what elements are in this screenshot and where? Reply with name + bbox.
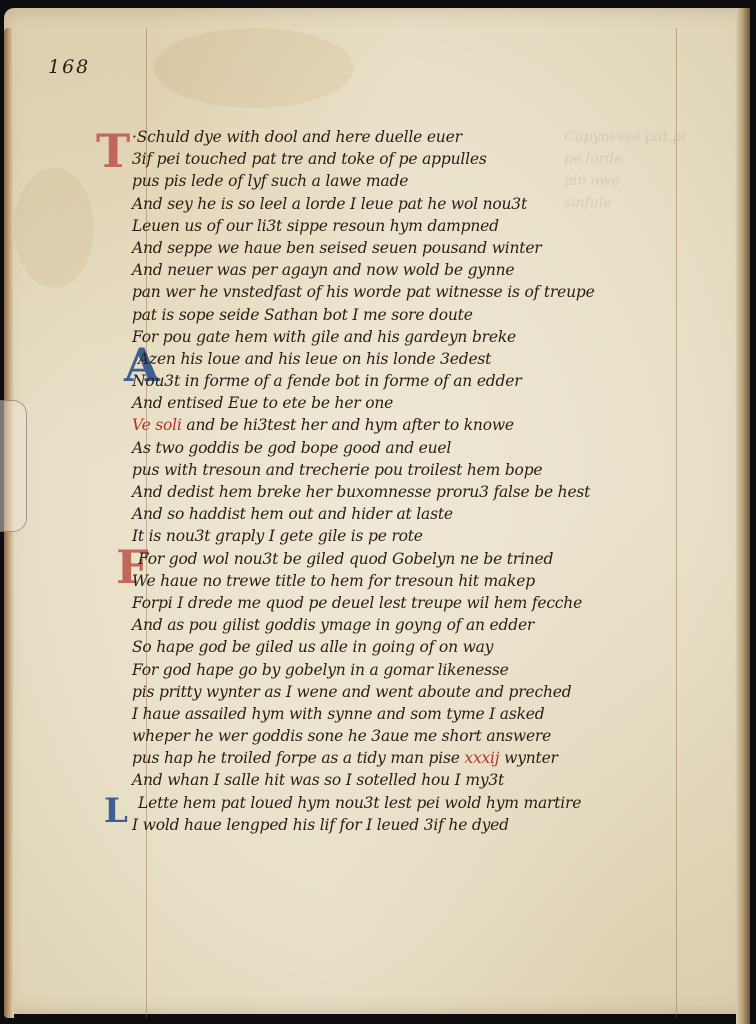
rubric-numeral: xxxij <box>464 749 499 767</box>
verse-line: Nou3t in forme of a fende bot in forme o… <box>132 370 722 392</box>
binding-clip <box>0 400 27 532</box>
verse-line: We haue no trewe title to hem for tresou… <box>132 570 722 592</box>
verse-line: pus pis lede of lyf such a lawe made <box>132 170 722 192</box>
verse-line: I wold haue lengped his lif for I leued … <box>132 814 722 836</box>
folio-number: 168 <box>48 56 90 78</box>
water-stain <box>14 168 94 288</box>
verse-line: Ve soli and be hi3test her and hym after… <box>132 414 722 436</box>
page-edge-right <box>736 8 750 1024</box>
verse-line: And entised Eue to ete be her one <box>132 392 722 414</box>
rubric-text: Ve soli <box>132 416 182 434</box>
verse-line: And seppe we haue ben seised seuen pousa… <box>132 237 722 259</box>
verse-line: As two goddis be god bope good and euel <box>132 437 722 459</box>
verse-line: And so haddist hem out and hider at last… <box>132 503 722 525</box>
verse-line: For god wol nou3t be giled quod Gobelyn … <box>132 548 722 570</box>
manuscript-leaf: Cupynesse pat pipe lordepin owesinfule 1… <box>4 8 750 1014</box>
verse-line: And whan I salle hit was so I sotelled h… <box>132 769 722 791</box>
verse-line: And neuer was per agayn and now wold be … <box>132 259 722 281</box>
verse-line: pat is sope seide Sathan bot I me sore d… <box>132 304 722 326</box>
decorated-initial-red: T <box>96 128 130 174</box>
verse-line: pus with tresoun and trecherie pou troil… <box>132 459 722 481</box>
verse-line: pan wer he vnstedfast of his worde pat w… <box>132 281 722 303</box>
verse-line: pis pritty wynter as I wene and went abo… <box>132 681 722 703</box>
verse-line: ·Schuld dye with dool and here duelle eu… <box>132 126 722 148</box>
verse-line: 3if pei touched pat tre and toke of pe a… <box>132 148 722 170</box>
verse-line: pus hap he troiled forpe as a tidy man p… <box>132 747 722 769</box>
verse-line: Leuen us of our li3t sippe resoun hym da… <box>132 215 722 237</box>
verse-line: Lette hem pat loued hym nou3t lest pei w… <box>132 792 722 814</box>
decorated-initial-blue: L <box>104 788 128 834</box>
verse-line: wheper he wer goddis sone he 3aue me sho… <box>132 725 722 747</box>
verse-line: It is nou3t graply I gete gile is pe rot… <box>132 525 722 547</box>
verse-line: And sey he is so leel a lorde I leue pat… <box>132 193 722 215</box>
verse-text-block: ·Schuld dye with dool and here duelle eu… <box>132 126 722 836</box>
verse-line: And dedist hem breke her buxomnesse pror… <box>132 481 722 503</box>
verse-line: Azen his loue and his leue on his londe … <box>132 348 722 370</box>
verse-line: So hape god be giled us alle in going of… <box>132 636 722 658</box>
verse-line: Forpi I drede me quod pe deuel lest treu… <box>132 592 722 614</box>
verse-line: And as pou gilist goddis ymage in goyng … <box>132 614 722 636</box>
verse-line: For god hape go by gobelyn in a gomar li… <box>132 659 722 681</box>
verse-line: For pou gate hem with gile and his garde… <box>132 326 722 348</box>
verse-line: I haue assailed hym with synne and som t… <box>132 703 722 725</box>
water-stain <box>154 28 354 108</box>
